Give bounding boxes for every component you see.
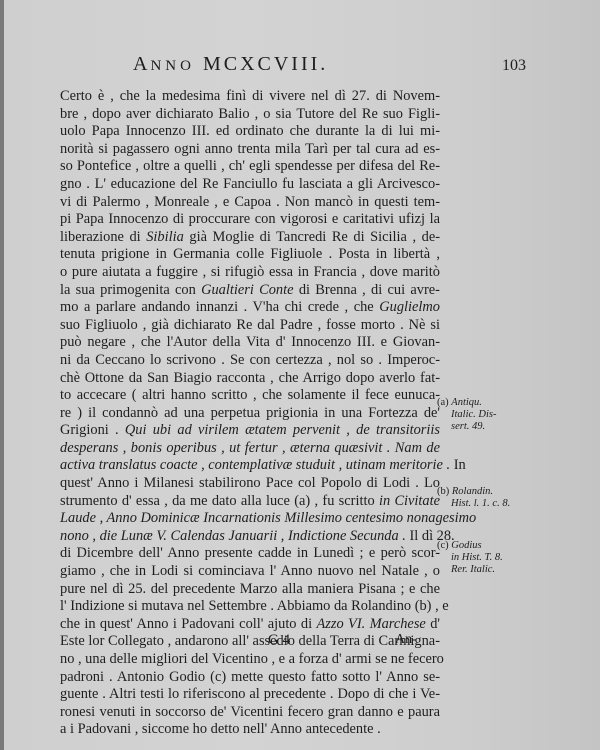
- page-edge: [0, 0, 4, 750]
- text-line: a i Padovani , siccome ho detto nell' An…: [60, 721, 440, 739]
- text-line: so Pontefice , oltre a quelli , ch' egli…: [60, 158, 440, 176]
- text-line: gno . L' educazione del Re Fanciullo fu …: [60, 176, 440, 194]
- text-line: vi di Palermo , Monreale , e Capoa . Non…: [60, 194, 440, 212]
- text-line: che in quest' Anno i Padovani coll' ajut…: [60, 616, 440, 634]
- text-line: padroni . Antonio Godio (c) mette questo…: [60, 669, 440, 687]
- margin-note: (c) Godiusin Hist. T. 8.Rer. Italic.: [437, 540, 503, 576]
- text-line: desperans , bonis operibus , ut fertur ,…: [60, 440, 440, 458]
- text-line: strumento d' essa , da me dato alla luce…: [60, 493, 440, 511]
- text-line: nono , die Lunæ V. Calendas Januarii , I…: [60, 528, 440, 546]
- text-line: bre , dopo aver dichiarato Balio , o sia…: [60, 106, 440, 124]
- text-line: pi Papa Innocenzo di proccurare con vigo…: [60, 211, 440, 229]
- text-line: Este lor Collegato , andarono all' assed…: [60, 633, 440, 651]
- text-line: ronesi venuti in soccorso de' Vicentini …: [60, 704, 440, 722]
- signature-mark: G 4: [268, 632, 290, 649]
- text-line: re ) il condannò ad una perpetua prigion…: [60, 405, 440, 423]
- text-line: guente . Altri testi lo riferiscono al p…: [60, 686, 440, 704]
- text-line: ni da Ceccano lo scrivono . Se con certe…: [60, 352, 440, 370]
- text-line: di Dicembre dell' Anno presente cadde in…: [60, 545, 440, 563]
- text-line: o pure aiutata a fuggire , si rifugiò es…: [60, 264, 440, 282]
- text-line: Certo è , che la medesima finì di vivere…: [60, 88, 440, 106]
- catchword: An-: [395, 632, 417, 648]
- running-header: ANNO MCXCVIII. 103: [0, 53, 600, 77]
- text-line: liberazione di Sibilia già Moglie di Tan…: [60, 229, 440, 247]
- margin-note: (b) Rolandin.Hist. l. 1. c. 8.: [437, 486, 510, 510]
- text-line: norità si pagassero ogni anno trenta mil…: [60, 141, 440, 159]
- text-line: Laude , Anno Dominicæ Incarnationis Mill…: [60, 510, 440, 528]
- text-line: suo Figliuolo , già dichiarato Re dal Pa…: [60, 317, 440, 335]
- page-number: 103: [502, 57, 526, 75]
- text-line: può negare , che l'Autor della Vita d' I…: [60, 334, 440, 352]
- text-line: Grigioni . Qui ubi ad virilem ætatem per…: [60, 422, 440, 440]
- text-line: la sua primogenita con Gualtieri Conte d…: [60, 282, 440, 300]
- text-line: chè Ottone da San Biagio racconta , che …: [60, 370, 440, 388]
- text-line: to accecare ( altri hanno scritto , che …: [60, 387, 440, 405]
- text-line: pure nel dì 25. del precedente Marzo all…: [60, 581, 440, 599]
- body-text: Certo è , che la medesima finì di vivere…: [60, 88, 440, 739]
- text-line: uolo Papa Innocenzo III. ed ordinato che…: [60, 123, 440, 141]
- text-line: no , una delle migliori del Vicentino , …: [60, 651, 440, 669]
- text-line: mo a parlare andando innanzi . V'ha chi …: [60, 299, 440, 317]
- text-line: l' Indizione si mutava nel Settembre . A…: [60, 598, 440, 616]
- text-line: tenuta prigione in Germania colle Figliu…: [60, 246, 440, 264]
- running-title: ANNO MCXCVIII.: [133, 53, 328, 76]
- text-line: activa translatus coacte , contemplativæ…: [60, 457, 440, 475]
- text-line: quest' Anno i Milanesi stabilirono Pace …: [60, 475, 440, 493]
- margin-note: (a) Antiqu.Italic. Dis-sert. 49.: [437, 397, 497, 433]
- text-line: giamo , che in Lodi si cominciava l' Ann…: [60, 563, 440, 581]
